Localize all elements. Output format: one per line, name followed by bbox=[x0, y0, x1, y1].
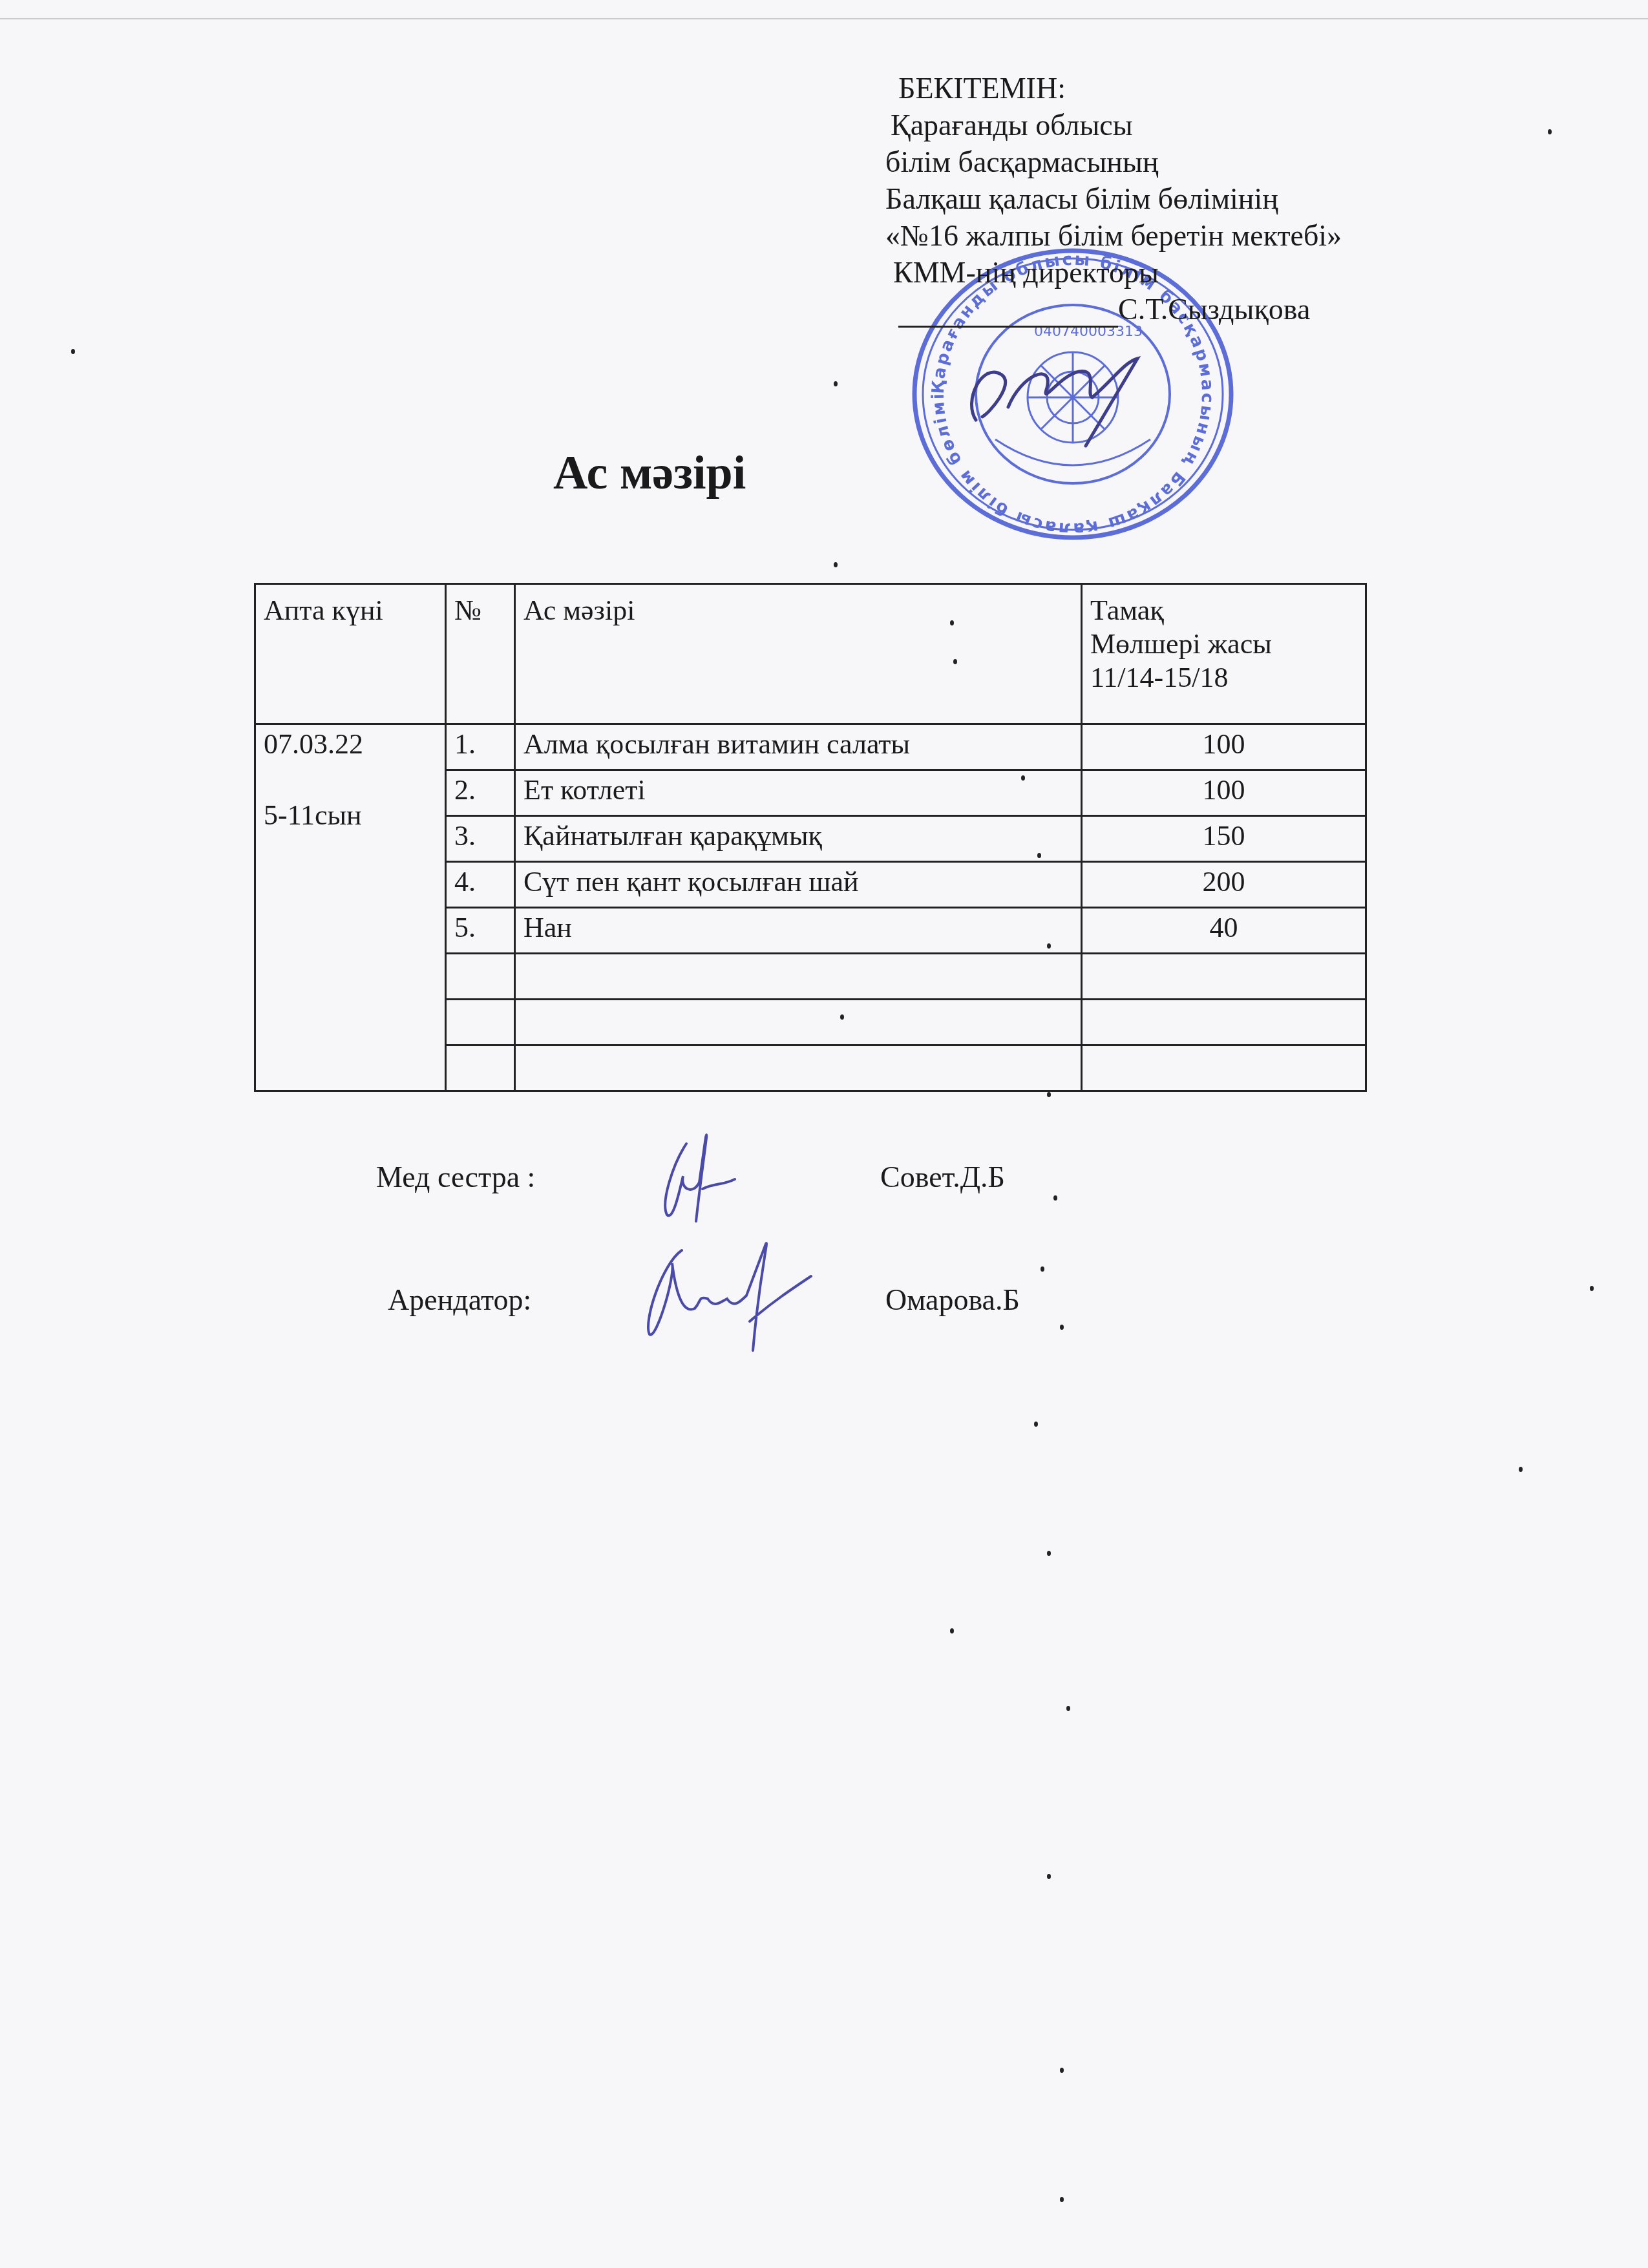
approval-heading: БЕКІТЕМІН: bbox=[885, 70, 1342, 107]
row-dish: Қайнатылған қарақұмық bbox=[515, 816, 1082, 862]
signature-name: Омарова.Б bbox=[885, 1283, 1020, 1317]
header-amount-line: Мөлшері жасы bbox=[1090, 627, 1365, 661]
row-dish bbox=[515, 954, 1082, 1000]
row-amount: 200 bbox=[1082, 862, 1366, 908]
row-amount: 40 bbox=[1082, 908, 1366, 954]
row-number: 4. bbox=[446, 862, 515, 908]
header-amount-line: 11/14-15/18 bbox=[1090, 661, 1365, 695]
row-dish bbox=[515, 1045, 1082, 1091]
row-amount bbox=[1082, 954, 1366, 1000]
table-header-row: Апта күні № Ас мәзірі Тамақ Мөлшері жасы… bbox=[255, 584, 1366, 724]
row-dish: Нан bbox=[515, 908, 1082, 954]
approval-line: Қарағанды облысы bbox=[885, 107, 1342, 143]
signature-underline bbox=[898, 300, 1118, 328]
row-number bbox=[446, 1000, 515, 1045]
signature-role: Мед сестра : bbox=[376, 1160, 535, 1194]
menu-table: Апта күні № Ас мәзірі Тамақ Мөлшері жасы… bbox=[254, 583, 1367, 1092]
signature-name: Совет.Д.Б bbox=[880, 1160, 1005, 1194]
header-amount: Тамақ Мөлшері жасы 11/14-15/18 bbox=[1082, 584, 1366, 724]
row-number bbox=[446, 954, 515, 1000]
header-number: № bbox=[446, 584, 515, 724]
approval-line: Балқаш қаласы білім бөлімінің bbox=[885, 180, 1342, 217]
day-cell: 07.03.22 5-11сын bbox=[255, 724, 446, 1091]
table-row: 07.03.22 5-11сын 1. Алма қосылған витами… bbox=[255, 724, 1366, 770]
row-amount: 100 bbox=[1082, 724, 1366, 770]
director-signature-line: С.Т.Сыздықова bbox=[885, 291, 1342, 328]
day-date: 07.03.22 bbox=[264, 728, 445, 761]
row-number: 5. bbox=[446, 908, 515, 954]
approval-line: білім басқармасының bbox=[885, 143, 1342, 180]
row-amount bbox=[1082, 1045, 1366, 1091]
row-amount: 150 bbox=[1082, 816, 1366, 862]
row-dish: Сүт пен қант қосылған шай bbox=[515, 862, 1082, 908]
director-name: С.Т.Сыздықова bbox=[1118, 293, 1310, 326]
nurse-signature-icon bbox=[654, 1124, 757, 1234]
row-number: 3. bbox=[446, 816, 515, 862]
row-dish bbox=[515, 1000, 1082, 1045]
signature-role: Арендатор: bbox=[388, 1283, 531, 1317]
row-number: 2. bbox=[446, 770, 515, 816]
signature-row-tenant: Арендатор: Омарова.Б bbox=[388, 1283, 1163, 1360]
approval-line: «№16 жалпы білім беретін мектебі» bbox=[885, 217, 1342, 254]
row-amount: 100 bbox=[1082, 770, 1366, 816]
header-day: Апта күні bbox=[255, 584, 446, 724]
signature-row-nurse: Мед сестра : Совет.Д.Б bbox=[376, 1160, 1152, 1237]
page-title: Ас мәзірі bbox=[553, 446, 746, 501]
day-group: 5-11сын bbox=[264, 799, 445, 832]
tenant-signature-icon bbox=[637, 1237, 818, 1360]
page-top-edge bbox=[0, 18, 1648, 19]
row-number: 1. bbox=[446, 724, 515, 770]
row-dish: Алма қосылған витамин салаты bbox=[515, 724, 1082, 770]
header-amount-line: Тамақ bbox=[1090, 594, 1365, 627]
director-signature-icon bbox=[956, 336, 1170, 452]
row-dish: Ет котлеті bbox=[515, 770, 1082, 816]
header-dish: Ас мәзірі bbox=[515, 584, 1082, 724]
approval-block: БЕКІТЕМІН: Қарағанды облысы білім басқар… bbox=[885, 70, 1342, 328]
row-amount bbox=[1082, 1000, 1366, 1045]
approval-line: КММ-нің директоры bbox=[885, 254, 1342, 291]
row-number bbox=[446, 1045, 515, 1091]
